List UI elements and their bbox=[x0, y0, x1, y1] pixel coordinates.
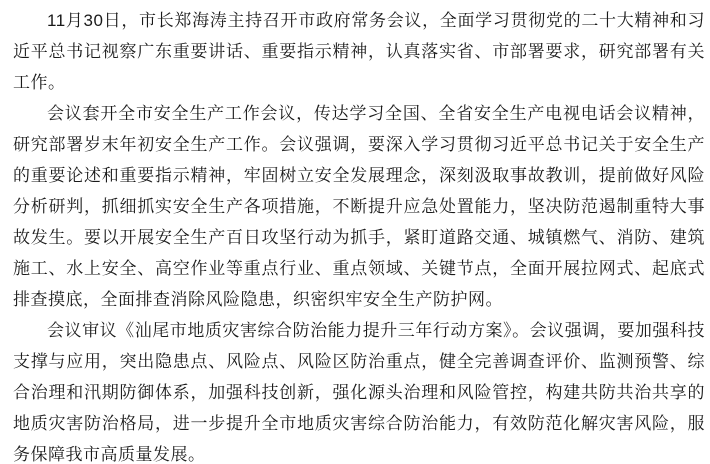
paragraph-geological-disaster-plan: 会议审议《汕尾市地质灾害综合防治能力提升三年行动方案》。会议强调，要加强科技支撑… bbox=[13, 315, 705, 464]
document-page: 11月30日，市长郑海涛主持召开市政府常务会议，全面学习贯彻党的二十大精神和习近… bbox=[0, 0, 710, 464]
paragraph-work-safety: 会议套开全市安全生产工作会议，传达学习全国、全省安全生产电视电话会议精神，研究部… bbox=[13, 98, 705, 315]
paragraph-meeting-overview: 11月30日，市长郑海涛主持召开市政府常务会议，全面学习贯彻党的二十大精神和习近… bbox=[13, 5, 705, 98]
